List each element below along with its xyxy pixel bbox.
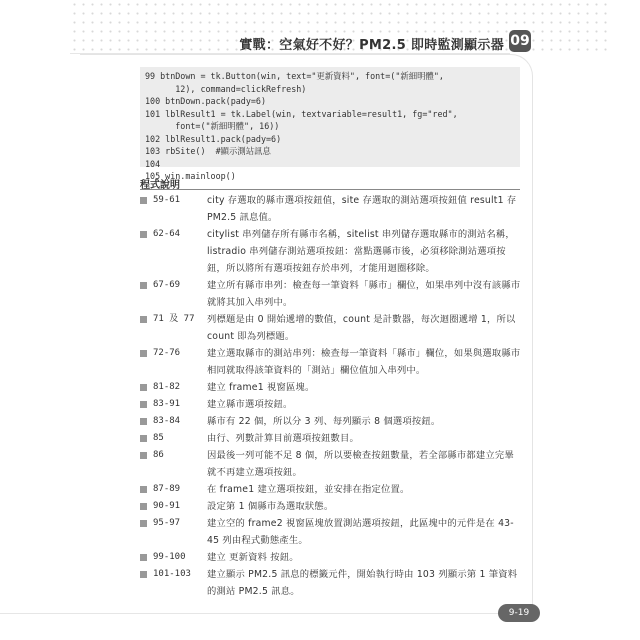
explanation-list: 59-61city 存選取的縣市選項按鈕值，site 存選取的測站選項按鈕值 r… — [140, 192, 522, 600]
code-line: font=("新細明體", 16)) — [145, 120, 520, 133]
code-line: 101 lblResult1 = tk.Label(win, textvaria… — [145, 108, 520, 121]
code-line: 103 rbSite() #顯示測站訊息 — [145, 145, 520, 158]
item-description: citylist 串列儲存所有縣市名稱，sitelist 串列儲存選取縣市的測站… — [207, 226, 522, 277]
item-description: city 存選取的縣市選項按鈕值，site 存選取的測站選項按鈕值 result… — [207, 192, 522, 226]
item-description: 建立空的 frame2 視窗區塊放置測站選項按鈕，此區塊中的元件是在 43-45… — [207, 515, 522, 549]
section-divider — [140, 189, 520, 190]
list-item: 67-69建立所有縣市串列：檢查每一筆資料「縣市」欄位，如果串列中沒有該縣市就將… — [140, 277, 522, 311]
line-ref: 90-91 — [153, 498, 207, 515]
list-item: 62-64citylist 串列儲存所有縣市名稱，sitelist 串列儲存選取… — [140, 226, 522, 277]
line-ref: 71 及 77 — [153, 311, 207, 345]
chapter-title: 實戰：空氣好不好？PM2.5 即時監測顯示器 — [239, 34, 504, 53]
line-ref: 67-69 — [153, 277, 207, 311]
list-item: 99-100建立 更新資料 按鈕。 — [140, 549, 522, 566]
line-ref: 81-82 — [153, 379, 207, 396]
square-bullet-icon — [140, 503, 147, 510]
list-item: 95-97建立空的 frame2 視窗區塊放置測站選項按鈕，此區塊中的元件是在 … — [140, 515, 522, 549]
footer-divider — [0, 613, 500, 614]
item-description: 在 frame1 建立選項按鈕，並安排在指定位置。 — [207, 481, 522, 498]
list-item: 101-103建立顯示 PM2.5 訊息的標籤元件，開始執行時由 103 列顯示… — [140, 566, 522, 600]
list-item: 71 及 77列標題是由 0 開始遞增的數值，count 是計數器，每次迴圈遞增… — [140, 311, 522, 345]
item-description: 建立 frame1 視窗區塊。 — [207, 379, 522, 396]
code-block: 99 btnDown = tk.Button(win, text="更新資料",… — [140, 67, 520, 167]
code-line: 100 btnDown.pack(pady=6) — [145, 95, 520, 108]
line-ref: 62-64 — [153, 226, 207, 277]
code-line: 102 lblResult1.pack(pady=6) — [145, 133, 520, 146]
list-item: 83-91建立縣市選項按鈕。 — [140, 396, 522, 413]
list-item: 87-89在 frame1 建立選項按鈕，並安排在指定位置。 — [140, 481, 522, 498]
code-line: 105 win.mainloop() — [145, 170, 520, 183]
list-item: 59-61city 存選取的縣市選項按鈕值，site 存選取的測站選項按鈕值 r… — [140, 192, 522, 226]
line-ref: 95-97 — [153, 515, 207, 549]
code-line: 99 btnDown = tk.Button(win, text="更新資料",… — [145, 70, 520, 83]
line-ref: 101-103 — [153, 566, 207, 600]
item-description: 建立 更新資料 按鈕。 — [207, 549, 522, 566]
line-ref: 86 — [153, 447, 207, 481]
list-item: 83-84縣市有 22 個，所以分 3 列、每列顯示 8 個選項按鈕。 — [140, 413, 522, 430]
line-ref: 83-84 — [153, 413, 207, 430]
square-bullet-icon — [140, 486, 147, 493]
square-bullet-icon — [140, 316, 147, 323]
square-bullet-icon — [140, 520, 147, 527]
square-bullet-icon — [140, 350, 147, 357]
list-item: 85由行、列數計算目前選項按鈕數目。 — [140, 430, 522, 447]
item-description: 建立選取縣市的測站串列：檢查每一筆資料「縣市」欄位，如果與選取縣市相同就取得該筆… — [207, 345, 522, 379]
line-ref: 59-61 — [153, 192, 207, 226]
code-line: 104 — [145, 158, 520, 171]
square-bullet-icon — [140, 418, 147, 425]
square-bullet-icon — [140, 401, 147, 408]
square-bullet-icon — [140, 384, 147, 391]
square-bullet-icon — [140, 197, 147, 204]
list-item: 90-91設定第 1 個縣市為選取狀態。 — [140, 498, 522, 515]
page-number-badge: 9-19 — [498, 604, 540, 622]
code-line: 12), command=clickRefresh) — [145, 83, 520, 96]
item-description: 設定第 1 個縣市為選取狀態。 — [207, 498, 522, 515]
line-ref: 87-89 — [153, 481, 207, 498]
square-bullet-icon — [140, 571, 147, 578]
item-description: 列標題是由 0 開始遞增的數值，count 是計數器，每次迴圈遞增 1，所以 c… — [207, 311, 522, 345]
line-ref: 99-100 — [153, 549, 207, 566]
item-description: 建立所有縣市串列：檢查每一筆資料「縣市」欄位，如果串列中沒有該縣市就將其加入串列… — [207, 277, 522, 311]
square-bullet-icon — [140, 282, 147, 289]
chapter-number-badge: 09 — [509, 30, 531, 52]
square-bullet-icon — [140, 435, 147, 442]
item-description: 建立顯示 PM2.5 訊息的標籤元件，開始執行時由 103 列顯示第 1 筆資料… — [207, 566, 522, 600]
square-bullet-icon — [140, 554, 147, 561]
list-item: 72-76建立選取縣市的測站串列：檢查每一筆資料「縣市」欄位，如果與選取縣市相同… — [140, 345, 522, 379]
square-bullet-icon — [140, 231, 147, 238]
line-ref: 83-91 — [153, 396, 207, 413]
item-description: 建立縣市選項按鈕。 — [207, 396, 522, 413]
item-description: 縣市有 22 個，所以分 3 列、每列顯示 8 個選項按鈕。 — [207, 413, 522, 430]
list-item: 86因最後一列可能不足 8 個，所以要檢查按鈕數量，若全部縣市都建立完畢就不再建… — [140, 447, 522, 481]
list-item: 81-82建立 frame1 視窗區塊。 — [140, 379, 522, 396]
item-description: 由行、列數計算目前選項按鈕數目。 — [207, 430, 522, 447]
item-description: 因最後一列可能不足 8 個，所以要檢查按鈕數量，若全部縣市都建立完畢就不再建立選… — [207, 447, 522, 481]
line-ref: 72-76 — [153, 345, 207, 379]
line-ref: 85 — [153, 430, 207, 447]
square-bullet-icon — [140, 452, 147, 459]
